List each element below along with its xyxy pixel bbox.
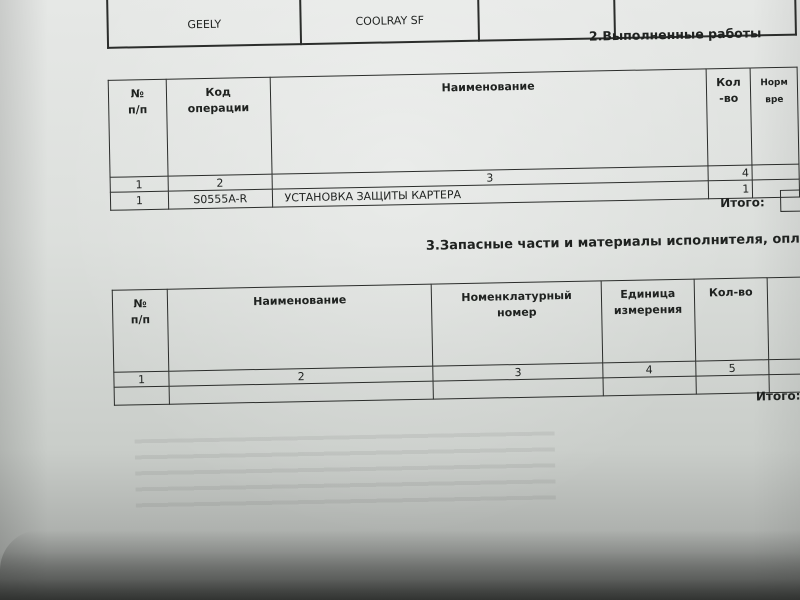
header-nomenclature-number: Номенклатурный номер (432, 281, 603, 366)
header-operation-code: Код операции (166, 77, 272, 176)
row-number: 1 (110, 191, 168, 210)
row-number (114, 386, 170, 405)
bottom-shadow (0, 530, 800, 600)
index-cell: 1 (110, 176, 168, 192)
parts-table: № п/п Наименование Номенклатурный номер … (112, 277, 800, 406)
part-name (169, 381, 434, 404)
show-through-text (135, 431, 556, 509)
header-label: Норм вре (760, 78, 788, 105)
header-number: № п/п (108, 79, 168, 177)
header-quantity: Кол-во (694, 278, 769, 361)
header-label: Наименование (441, 80, 534, 95)
header-label: Наименование (253, 293, 346, 308)
header-name: Наименование (270, 69, 708, 174)
index-cell: 4 (708, 165, 753, 181)
header-unit: Единица измерения (601, 279, 696, 363)
index-cell: 5 (696, 360, 769, 376)
header-number: № п/п (112, 289, 169, 372)
index-cell: 1 (114, 371, 169, 387)
operation-code: S0555A-R (168, 189, 272, 209)
parts-total-label: Итого: (756, 389, 800, 404)
section-3-title: 3.Запасные части и материалы исполнителя… (426, 232, 800, 254)
index-cell (752, 164, 799, 180)
works-total-label: Итого: (720, 195, 765, 210)
vehicle-model-cell: COOLRAY SF (300, 0, 479, 44)
header-label: Номенклатурный номер (461, 289, 572, 319)
part-nomenclature (433, 378, 603, 399)
index-cell (769, 359, 800, 375)
works-header-row: № п/п Код операции Наименование Кол -во … (108, 67, 799, 177)
header-label: № п/п (131, 297, 150, 326)
vehicle-make-cell: GEELY (107, 0, 302, 48)
header-norm-time: Норм вре (750, 67, 798, 165)
works-table: № п/п Код операции Наименование Кол -во … (108, 67, 800, 211)
header-extra (767, 277, 800, 360)
header-label: Единица измерения (614, 287, 683, 317)
header-label: Кол-во (709, 285, 753, 299)
header-name: Наименование (167, 284, 433, 371)
header-label: Код операции (188, 85, 250, 115)
parts-header-row: № п/п Наименование Номенклатурный номер … (112, 277, 800, 372)
document-page: GEELY COOLRAY SF 2.Выполненные работы № … (0, 0, 800, 600)
header-label: № п/п (128, 87, 147, 116)
header-label: Кол -во (716, 76, 741, 105)
section-2-title: 2.Выполненные работы (589, 25, 762, 43)
works-total-value (780, 189, 800, 212)
part-unit (603, 376, 696, 396)
header-quantity: Кол -во (706, 68, 752, 166)
